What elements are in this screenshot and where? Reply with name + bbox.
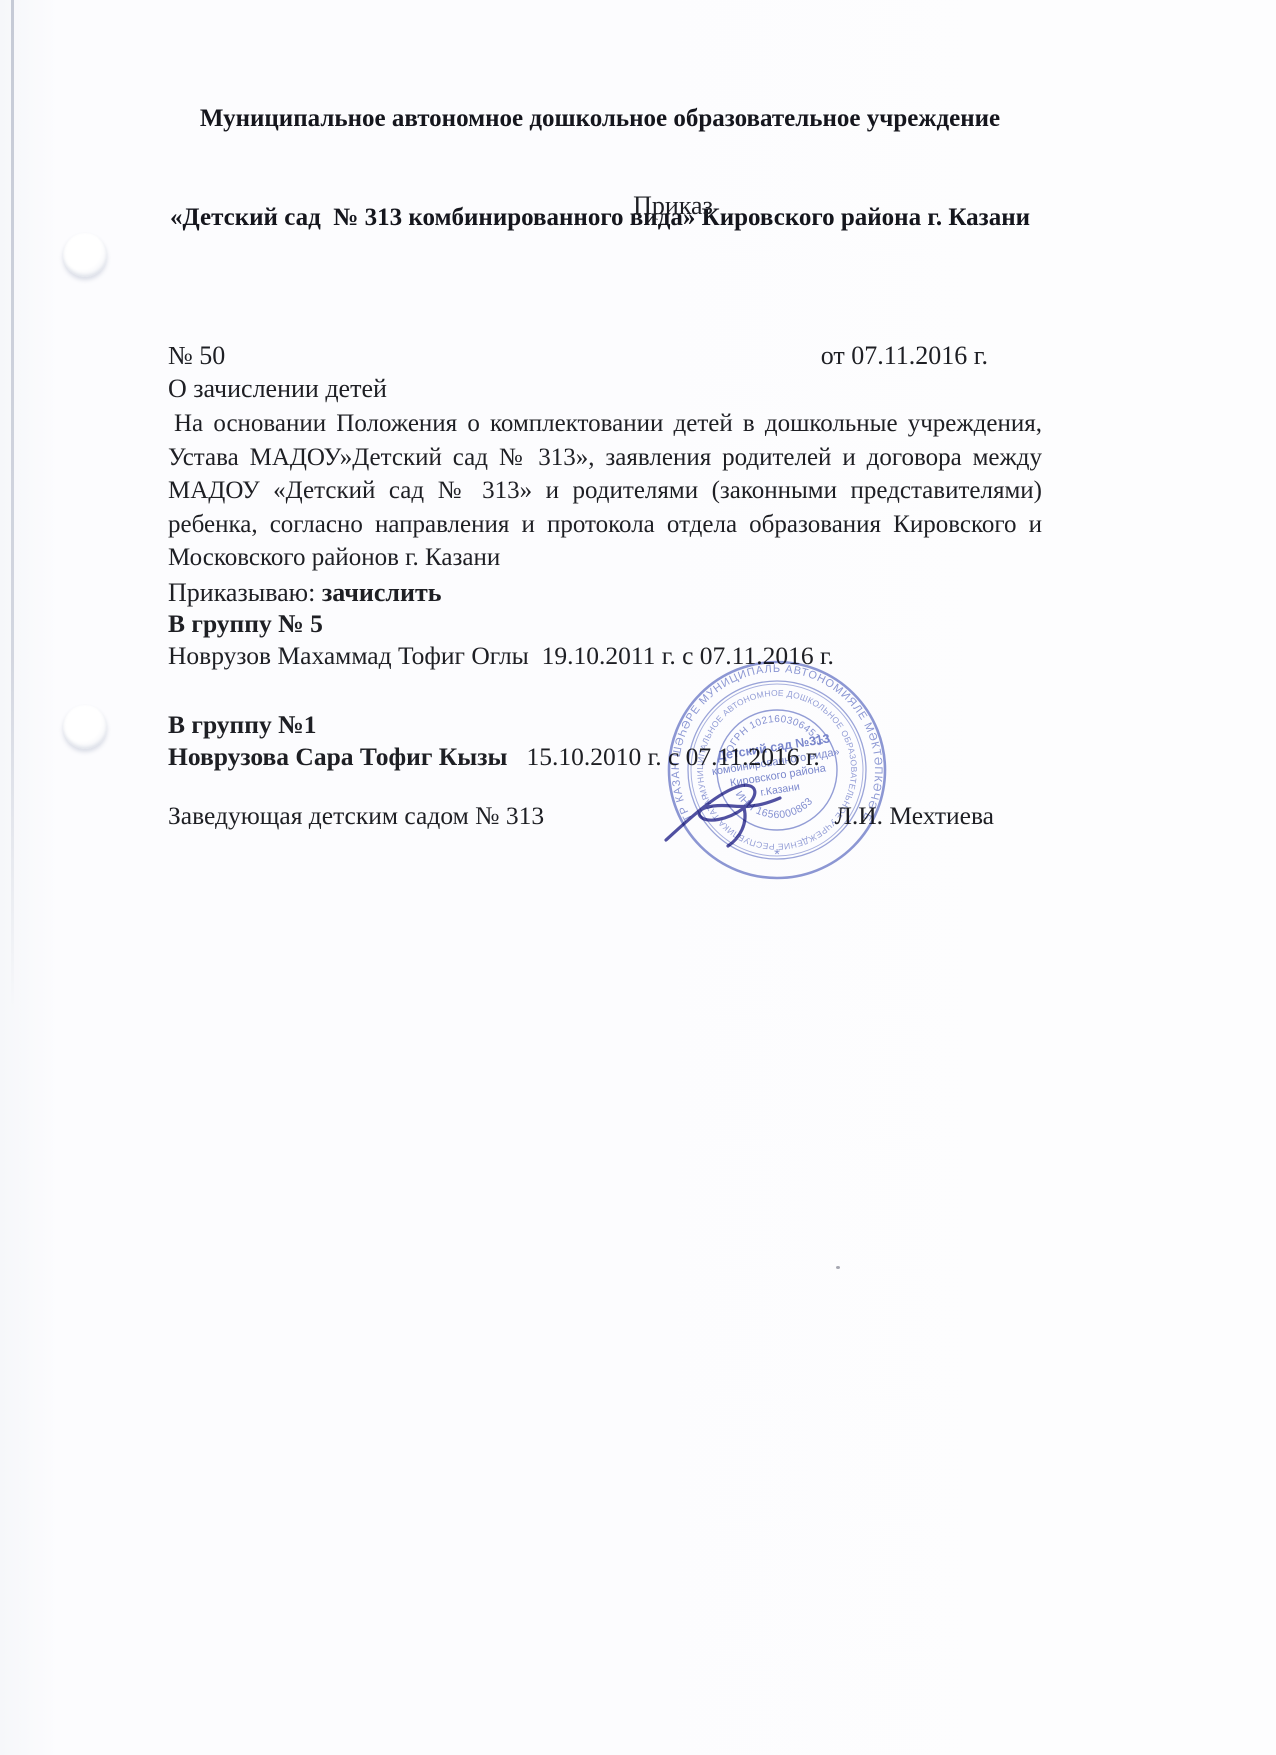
child-2-name: Новрузова Сара Тофиг Кызы — [168, 742, 507, 771]
order-action-prefix: Приказываю: — [168, 578, 322, 607]
signature-scribble — [648, 768, 828, 863]
order-action-verb: зачислить — [322, 578, 442, 607]
group-1-heading: В группу №1 — [168, 710, 316, 740]
organization-header: Муниципальное автономное дошкольное обра… — [80, 36, 1120, 300]
child-1-name: Новрузов Махаммад Тофиг Оглы — [168, 641, 529, 670]
organization-name-line1: Муниципальное автономное дошкольное обра… — [80, 102, 1120, 135]
order-date: от 07.11.2016 г. — [821, 341, 988, 371]
punch-hole-bottom — [63, 705, 107, 749]
number-date-row: № 50 от 07.11.2016 г. — [168, 341, 988, 371]
group-5-heading: В группу № 5 — [168, 609, 323, 639]
document-title: Приказ — [70, 191, 1276, 221]
scanned-order-page: Муниципальное автономное дошкольное обра… — [0, 0, 1276, 1755]
order-subject: О зачислении детей — [168, 374, 387, 404]
order-number: № 50 — [168, 341, 225, 371]
signer-title: Заведующая детским садом № 313 — [168, 801, 544, 831]
scan-edge-line — [11, 0, 14, 1010]
order-action-line: Приказываю: зачислить — [168, 578, 442, 608]
signature-main-stroke — [666, 785, 780, 840]
order-basis-paragraph: На основании Положения о комплектовании … — [168, 407, 1042, 575]
scan-dust-speck — [836, 1266, 840, 1269]
